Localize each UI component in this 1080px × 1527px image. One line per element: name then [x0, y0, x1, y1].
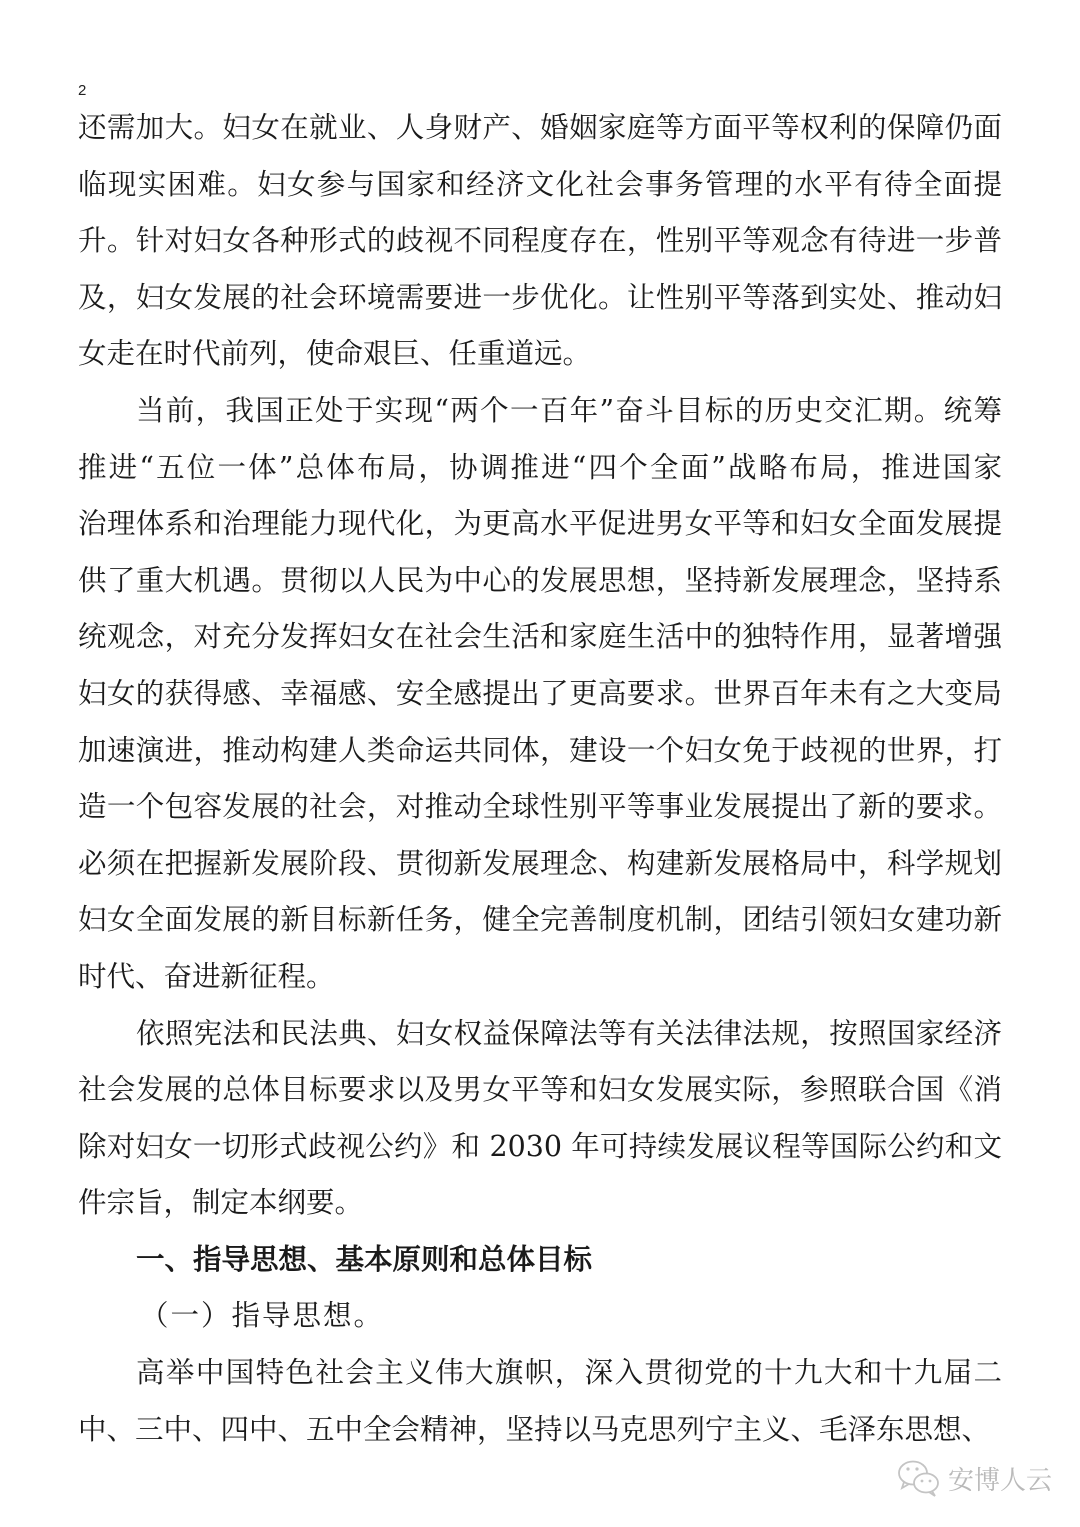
watermark: 安博人云 [896, 1458, 1052, 1498]
text-line: 时代、奋进新征程。 [78, 957, 1002, 1014]
text-line: 加速演进，推动构建人类命运共同体，建设一个妇女免于歧视的世界，打 [78, 731, 1002, 788]
text-line: 高举中国特色社会主义伟大旗帜，深入贯彻党的十九大和十九届二 [78, 1353, 1002, 1410]
document-body: 还需加大。妇女在就业、人身财产、婚姻家庭等方面平等权利的保障仍面临现实困难。妇女… [78, 108, 1002, 1466]
text-line: 依照宪法和民法典、妇女权益保障法等有关法律法规，按照国家经济 [78, 1014, 1002, 1071]
page-number: 2 [78, 82, 86, 99]
text-line: 妇女的获得感、幸福感、安全感提出了更高要求。世界百年未有之大变局 [78, 674, 1002, 731]
text-line: 临现实困难。妇女参与国家和经济文化社会事务管理的水平有待全面提 [78, 165, 1002, 222]
text-line: 供了重大机遇。贯彻以人民为中心的发展思想，坚持新发展理念，坚持系 [78, 561, 1002, 618]
text-line: 除对妇女一切形式歧视公约》和 2030 年可持续发展议程等国际公约和文 [78, 1127, 1002, 1184]
subsection-heading: （一）指导思想。 [78, 1296, 1002, 1353]
text-line: 造一个包容发展的社会，对推动全球性别平等事业发展提出了新的要求。 [78, 787, 1002, 844]
text-line: 社会发展的总体目标要求以及男女平等和妇女发展实际，参照联合国《消 [78, 1070, 1002, 1127]
text-line: 当前，我国正处于实现“两个一百年”奋斗目标的历史交汇期。统筹 [78, 391, 1002, 448]
text-line: 统观念，对充分发挥妇女在社会生活和家庭生活中的独特作用，显著增强 [78, 617, 1002, 674]
text-line: 必须在把握新发展阶段、贯彻新发展理念、构建新发展格局中，科学规划 [78, 844, 1002, 901]
text-line: 女走在时代前列，使命艰巨、任重道远。 [78, 334, 1002, 391]
text-line: 妇女全面发展的新目标新任务，健全完善制度机制，团结引领妇女建功新 [78, 900, 1002, 957]
wechat-icon [896, 1458, 942, 1498]
text-line: 升。针对妇女各种形式的歧视不同程度存在，性别平等观念有待进一步普 [78, 221, 1002, 278]
text-line: 还需加大。妇女在就业、人身财产、婚姻家庭等方面平等权利的保障仍面 [78, 108, 1002, 165]
text-line: 中、三中、四中、五中全会精神，坚持以马克思列宁主义、毛泽东思想、 [78, 1410, 1002, 1467]
text-line: 推进“五位一体”总体布局，协调推进“四个全面”战略布局，推进国家 [78, 448, 1002, 505]
text-line: 及，妇女发展的社会环境需要进一步优化。让性别平等落到实处、推动妇 [78, 278, 1002, 335]
text-line: 治理体系和治理能力现代化，为更高水平促进男女平等和妇女全面发展提 [78, 504, 1002, 561]
text-line: 件宗旨，制定本纲要。 [78, 1183, 1002, 1240]
watermark-label: 安博人云 [948, 1460, 1052, 1497]
section-heading: 一、指导思想、基本原则和总体目标 [78, 1240, 1002, 1297]
